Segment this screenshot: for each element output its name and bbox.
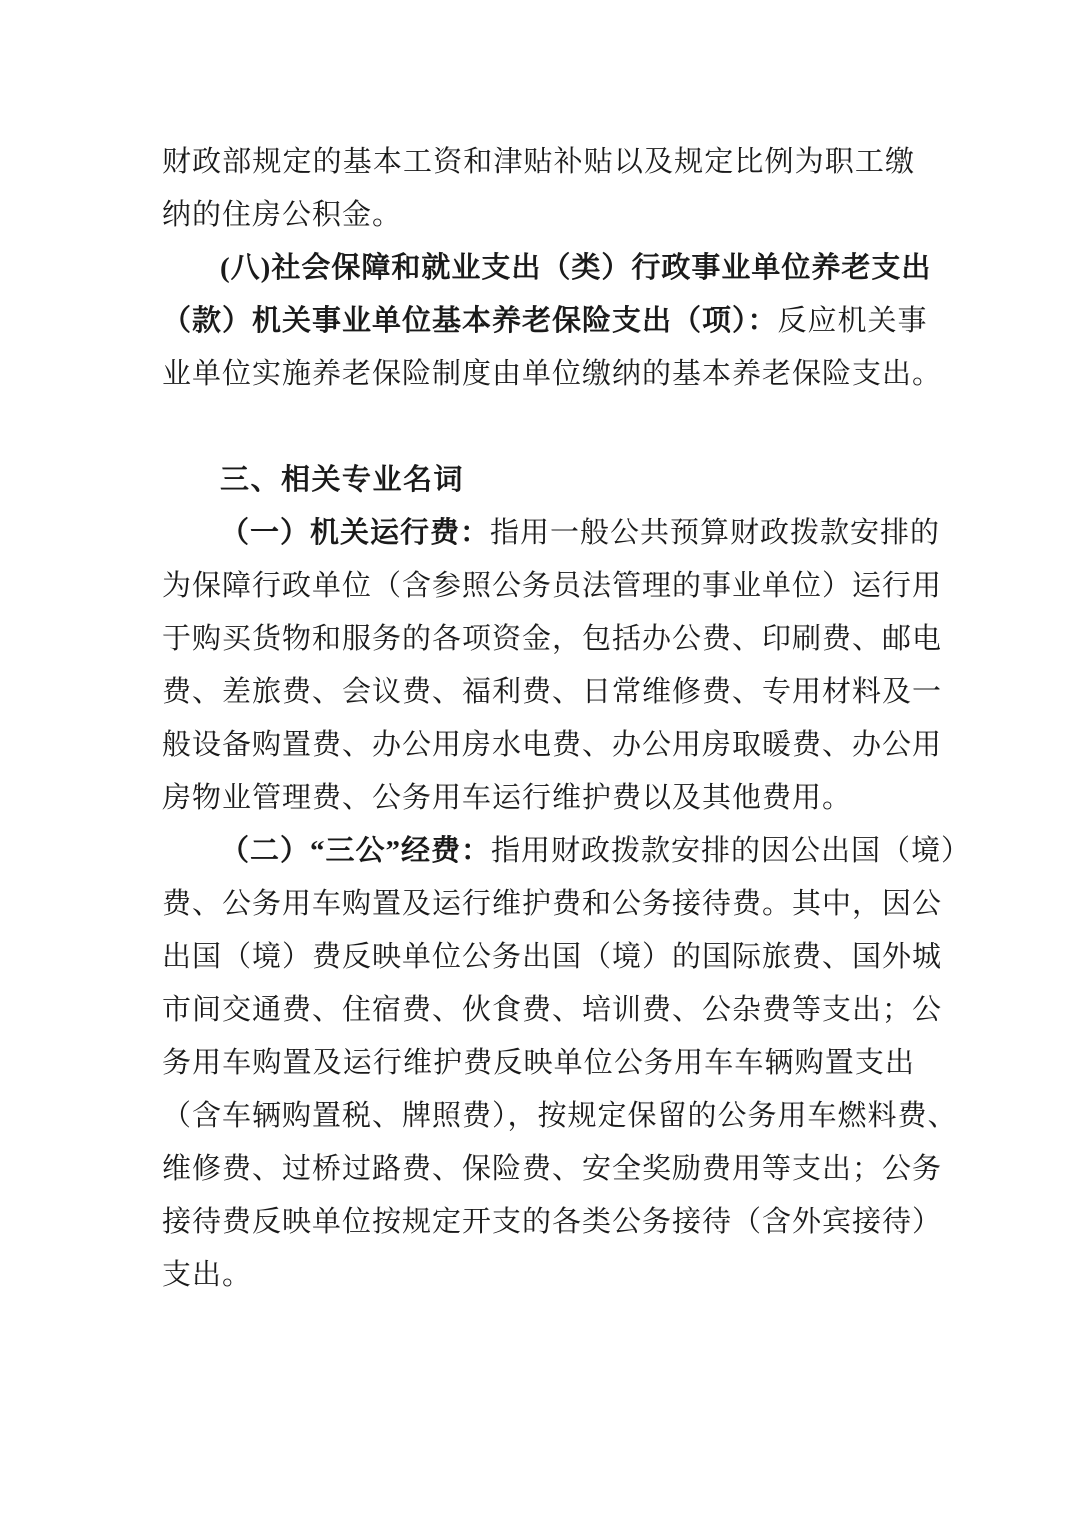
text-line: 支出。: [162, 1249, 915, 1302]
text-run: 接待费反映单位按规定开支的各类公务接待（含外宾接待）: [162, 1206, 942, 1238]
section-heading: 三、相关专业名词: [162, 454, 915, 507]
text-line: 于购买货物和服务的各项资金，包括办公费、印刷费、邮电: [162, 613, 915, 666]
text-line: （一）机关运行费：指用一般公共预算财政拨款安排的: [162, 507, 915, 560]
text-line: （款）机关事业单位基本养老保险支出（项）：反应机关事: [162, 295, 915, 348]
text-line: 房物业管理费、公务用车运行维护费以及其他费用。: [162, 772, 915, 825]
text-run: 指用一般公共预算财政拨款安排的: [490, 517, 940, 549]
text-run: 纳的住房公积金。: [162, 199, 402, 231]
text-run: 支出。: [162, 1259, 252, 1291]
text-line: （二）“三公”经费：指用财政拨款安排的因公出国（境）: [162, 825, 915, 878]
text-run: 出国（境）费反映单位公务出国（境）的国际旅费、国外城: [162, 941, 942, 973]
bold-text-run: （款）机关事业单位基本养老保险支出（项）：: [162, 305, 778, 337]
bold-text-run: (八)社会保障和就业支出（类）行政事业单位养老支出: [220, 252, 931, 284]
text-run: 反应机关事: [778, 305, 928, 337]
text-run: 维修费、过桥过路费、保险费、安全奖励费用等支出；公务: [162, 1153, 942, 1185]
text-line: （含车辆购置税、牌照费），按规定保留的公务用车燃料费、: [162, 1090, 915, 1143]
text-run: （含车辆购置税、牌照费），按规定保留的公务用车燃料费、: [162, 1100, 958, 1132]
text-run: 费、公务用车购置及运行维护费和公务接待费。其中，因公: [162, 888, 942, 920]
text-run: 于购买货物和服务的各项资金，包括办公费、印刷费、邮电: [162, 623, 942, 655]
text-run: 财政部规定的基本工资和津贴补贴以及规定比例为职工缴: [162, 146, 915, 178]
text-run: 业单位实施养老保险制度由单位缴纳的基本养老保险支出。: [162, 358, 942, 390]
text-line: 务用车购置及运行维护费反映单位公务用车车辆购置支出: [162, 1037, 915, 1090]
text-line: 出国（境）费反映单位公务出国（境）的国际旅费、国外城: [162, 931, 915, 984]
text-line: 纳的住房公积金。: [162, 189, 915, 242]
text-run: 费、差旅费、会议费、福利费、日常维修费、专用材料及一: [162, 676, 942, 708]
text-line: (八)社会保障和就业支出（类）行政事业单位养老支出: [162, 242, 915, 295]
text-line: 费、差旅费、会议费、福利费、日常维修费、专用材料及一: [162, 666, 915, 719]
bold-text-run: （一）机关运行费：: [220, 517, 490, 549]
document-body: 财政部规定的基本工资和津贴补贴以及规定比例为职工缴纳的住房公积金。(八)社会保障…: [162, 136, 915, 1302]
document-page: 财政部规定的基本工资和津贴补贴以及规定比例为职工缴纳的住房公积金。(八)社会保障…: [0, 0, 1074, 1520]
text-line: 接待费反映单位按规定开支的各类公务接待（含外宾接待）: [162, 1196, 915, 1249]
text-run: 务用车购置及运行维护费反映单位公务用车车辆购置支出: [162, 1047, 915, 1079]
text-line: 维修费、过桥过路费、保险费、安全奖励费用等支出；公务: [162, 1143, 915, 1196]
text-line: 费、公务用车购置及运行维护费和公务接待费。其中，因公: [162, 878, 915, 931]
text-run: 般设备购置费、办公用房水电费、办公用房取暖费、办公用: [162, 729, 942, 761]
text-line: 业单位实施养老保险制度由单位缴纳的基本养老保险支出。: [162, 348, 915, 401]
bold-text-run: 三、相关专业名词: [220, 464, 464, 496]
text-line: 为保障行政单位（含参照公务员法管理的事业单位）运行用: [162, 560, 915, 613]
bold-text-run: （二）“三公”经费：: [220, 835, 491, 867]
text-line: 市间交通费、住宿费、伙食费、培训费、公杂费等支出；公: [162, 984, 915, 1037]
text-run: 房物业管理费、公务用车运行维护费以及其他费用。: [162, 782, 852, 814]
text-line: 财政部规定的基本工资和津贴补贴以及规定比例为职工缴: [162, 136, 915, 189]
text-run: 为保障行政单位（含参照公务员法管理的事业单位）运行用: [162, 570, 942, 602]
text-run: 指用财政拨款安排的因公出国（境）: [491, 835, 971, 867]
text-line: 般设备购置费、办公用房水电费、办公用房取暖费、办公用: [162, 719, 915, 772]
text-run: 市间交通费、住宿费、伙食费、培训费、公杂费等支出；公: [162, 994, 942, 1026]
